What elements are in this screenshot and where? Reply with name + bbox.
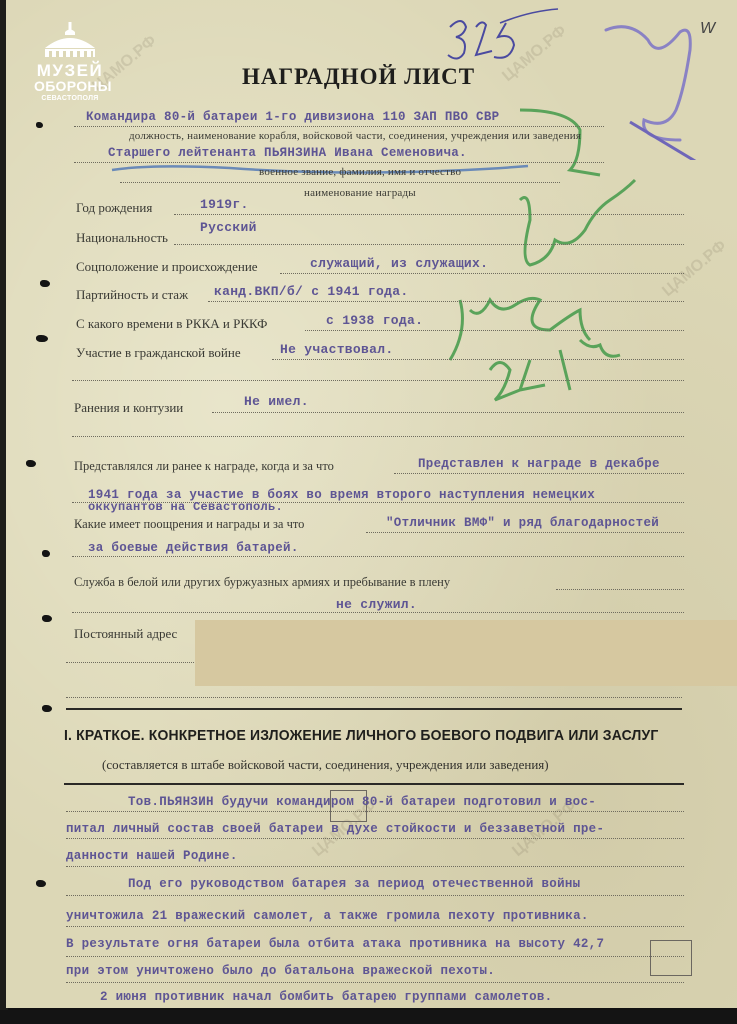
logo-line-1: МУЗЕЙ — [34, 63, 106, 79]
field-underline — [394, 473, 684, 474]
field-label-party: Партийность и стаж — [76, 287, 188, 303]
document-title: НАГРАДНОЙ ЛИСТ — [242, 64, 475, 90]
scan-bottom-edge — [0, 1010, 737, 1024]
binding-hole — [36, 335, 48, 342]
logo-line-3: СЕВАСТОПОЛЯ — [34, 94, 106, 103]
narrative-line: данности нашей Родине. — [66, 849, 238, 863]
field-underline — [305, 330, 684, 331]
field-underline — [72, 436, 684, 437]
narrative-line: 2 июня противник начал бомбить батарею г… — [100, 990, 552, 1004]
field-value-nationality: Русский — [200, 220, 257, 235]
narrative-underline — [66, 982, 684, 983]
field-value-commendations-1: "Отличник ВМФ" и ряд благодарностей — [386, 516, 659, 530]
binding-hole — [36, 122, 43, 128]
field-label-commendations: Какие имеет поощрения и награды и за что — [74, 517, 304, 532]
field-label-civil-war: Участие в гражданской войне — [76, 345, 241, 361]
field-underline — [72, 380, 684, 381]
field-underline — [66, 662, 196, 663]
narrative-underline — [66, 838, 684, 839]
field-underline — [72, 612, 684, 613]
narrative-line: Тов.ПЬЯНЗИН будучи командиром 80-й батар… — [128, 795, 596, 809]
narrative-underline — [66, 866, 684, 867]
field-label-address: Постоянный адрес — [74, 626, 177, 642]
field-label-wounds: Ранения и контузии — [74, 400, 183, 416]
field-label-social-status: Соцположение и происхождение — [76, 259, 258, 275]
narrative-underline — [66, 926, 684, 927]
narrative-line: Под его руководством батарея за период о… — [128, 877, 580, 891]
award-caption: наименование награды — [304, 187, 416, 199]
field-label-white-army: Служба в белой или других буржуазных арм… — [74, 575, 450, 590]
narrative-line: при этом уничтожено было до батальона вр… — [66, 964, 495, 978]
logo-line-2: ОБОРОНЫ — [34, 79, 106, 94]
award-underline — [120, 182, 560, 183]
redacted-address-block — [195, 620, 737, 686]
narrative-underline — [66, 811, 684, 812]
binding-hole — [42, 550, 50, 557]
museum-logo: МУЗЕЙ ОБОРОНЫ СЕВАСТОПОЛЯ — [34, 22, 106, 108]
binding-hole — [26, 460, 36, 467]
field-value-service-since: с 1938 года. — [326, 313, 423, 328]
field-value-previous-awards-3: оккупантов на Севастополь. — [88, 500, 283, 514]
field-value-birth-year: 1919г. — [200, 197, 249, 212]
panorama-dome-icon — [39, 22, 101, 58]
narrative-line: уничтожила 21 вражеский самолет, а также… — [66, 909, 589, 923]
field-underline — [66, 697, 682, 698]
field-value-commendations-2: за боевые действия батарей. — [88, 541, 299, 555]
field-underline — [272, 359, 684, 360]
binding-hole — [40, 280, 50, 287]
name-value: Старшего лейтенанта ПЬЯНЗИНА Ивана Семен… — [108, 146, 467, 160]
section-divider — [64, 783, 684, 785]
position-underline — [74, 126, 604, 127]
narrative-underline — [66, 956, 684, 957]
field-underline — [174, 214, 684, 215]
field-value-party: канд.ВКП/б/ с 1941 года. — [214, 284, 408, 299]
field-label-service-since: С какого времени в РККА и РККФ — [76, 316, 267, 332]
name-underline — [74, 162, 604, 163]
field-underline — [72, 556, 684, 557]
narrative-underline — [66, 895, 684, 896]
section-subheading: (составляется в штабе войсковой части, с… — [102, 757, 549, 773]
field-value-wounds: Не имел. — [244, 394, 309, 409]
field-label-nationality: Национальность — [76, 230, 168, 246]
field-value-social-status: служащий, из служащих. — [310, 256, 488, 271]
position-value: Командира 80-й батареи 1-го дивизиона 11… — [86, 110, 499, 124]
corner-mark: W — [700, 20, 715, 38]
section-divider — [66, 708, 682, 710]
binding-hole — [36, 880, 46, 887]
narrative-line: питал личный состав своей батареи в духе… — [66, 822, 604, 836]
field-value-civil-war: Не участвовал. — [280, 342, 393, 357]
field-label-previous-awards: Представлялся ли ранее к награде, когда … — [74, 459, 334, 474]
binding-hole — [42, 705, 52, 712]
correction-box — [650, 940, 692, 976]
field-underline — [174, 244, 684, 245]
field-label-birth-year: Год рождения — [76, 200, 152, 216]
position-caption: должность, наименование корабля, войсков… — [129, 130, 581, 142]
field-underline — [556, 589, 684, 590]
field-underline — [366, 532, 684, 533]
narrative-line: В результате огня батареи была отбита ат… — [66, 937, 604, 951]
section-heading: I. КРАТКОЕ. КОНКРЕТНОЕ ИЗЛОЖЕНИЕ ЛИЧНОГО… — [64, 727, 658, 744]
field-value-white-army: не служил. — [336, 597, 417, 612]
watermark: ЦАМО.РФ — [499, 22, 570, 86]
field-underline — [280, 273, 684, 274]
field-underline — [212, 412, 684, 413]
field-underline — [208, 301, 684, 302]
watermark: ЦАМО.РФ — [659, 237, 730, 301]
name-caption: военное звание, фамилия, имя и отчество — [259, 166, 461, 178]
binding-hole — [42, 615, 52, 622]
field-value-previous-awards-1: Представлен к награде в декабре — [418, 457, 660, 471]
